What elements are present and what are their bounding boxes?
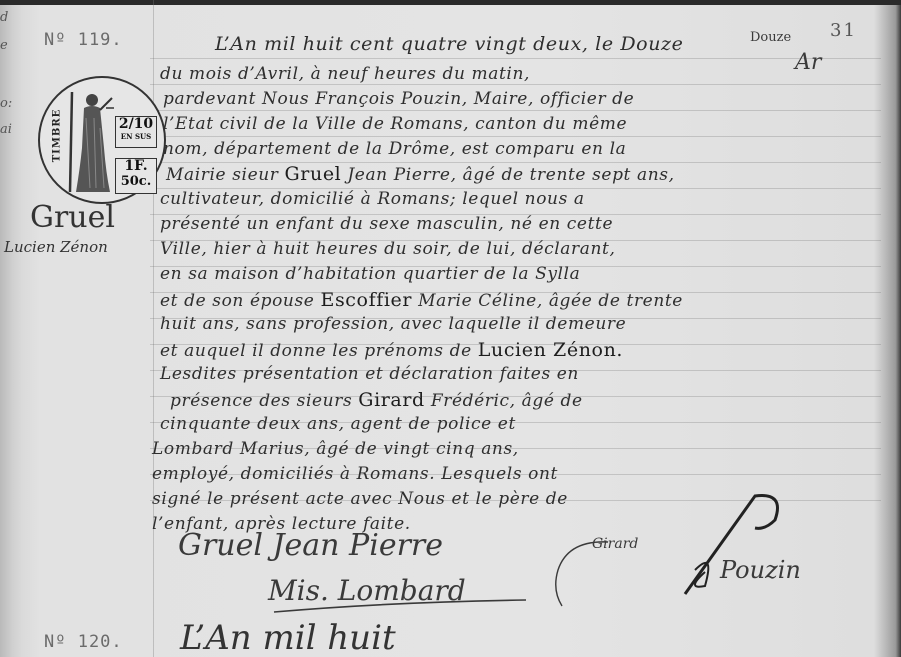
body-line-11-start: et de son épouse xyxy=(160,291,314,311)
body-line-7: cultivateur, domicilié à Romans; lequel … xyxy=(160,189,585,209)
body-line-16: cinquante deux ans, agent de police et xyxy=(160,414,516,434)
body-line-6: Mairie sieur Gruel Jean Pierre, âgé de t… xyxy=(166,163,675,185)
ruled-line xyxy=(150,84,881,85)
witness1-given: Frédéric xyxy=(431,391,510,411)
left-edge-fragment: d xyxy=(0,10,8,25)
entry-number: Nº 119. xyxy=(44,30,123,50)
stamp-word: TIMBRE xyxy=(51,109,62,163)
witness1-age: , âgé de xyxy=(510,391,583,411)
stamp-lower-sub: 50c. xyxy=(116,174,156,189)
stamp-upper-sub: EN SUS xyxy=(116,132,156,141)
stamp-upper-value: 2/10 xyxy=(116,117,156,132)
margin-rule xyxy=(153,0,154,657)
father-age: , âgé de trente sept ans, xyxy=(451,165,675,185)
stamp-value-box: 1F. 50c. xyxy=(115,158,157,194)
lombard-underline-icon xyxy=(270,598,530,618)
body-line-5: nom, département de la Drôme, est compar… xyxy=(163,139,626,159)
ruled-line xyxy=(150,136,881,137)
mother-age: , âgée de trente xyxy=(537,291,683,311)
approval-mark: Ar xyxy=(795,50,821,75)
body-line-11: et de son épouse Escoffier Marie Céline,… xyxy=(160,289,683,311)
body-line-15: présence des sieurs Girard Frédéric, âgé… xyxy=(170,389,583,411)
body-line-13: et auquel il donne les prénoms de Lucien… xyxy=(160,339,623,361)
mother-surname: Escoffier xyxy=(320,289,412,311)
margin-given-names: Lucien Zénon xyxy=(4,238,108,256)
left-edge-fragment: ai xyxy=(0,122,12,137)
mother-given-names: Marie Céline xyxy=(418,291,537,311)
body-line-14: Lesdites présentation et déclaration fai… xyxy=(160,364,579,384)
left-edge-fragment: e xyxy=(0,38,8,53)
fiscal-stamp: TIMBRE 2/10 EN SUS 1F. 50c. xyxy=(38,76,166,204)
body-line-10: en sa maison d’habitation quartier de la… xyxy=(160,264,580,284)
girard-flourish-icon xyxy=(548,540,618,610)
signature-mayor: Pouzin xyxy=(720,556,801,584)
ruled-line xyxy=(150,110,881,111)
left-edge-fragment: o: xyxy=(0,96,12,111)
father-given-names: Jean Pierre xyxy=(347,165,450,185)
signature-father: Gruel Jean Pierre xyxy=(178,528,443,563)
body-line-6-start: Mairie sieur xyxy=(166,165,279,185)
stamp-surcharge-box: 2/10 EN SUS xyxy=(115,116,157,148)
body-line-12: huit ans, sans profession, avec laquelle… xyxy=(160,314,626,334)
ruled-line xyxy=(150,58,881,59)
body-line-1: L’An mil huit cent quatre vingt deux, le… xyxy=(215,33,684,55)
page-number: 31 xyxy=(830,20,857,41)
body-line-13-start: et auquel il donne les prénoms de xyxy=(160,341,472,361)
inserted-word: Douze xyxy=(750,30,791,45)
body-line-15-start: présence des sieurs xyxy=(170,391,352,411)
stamp-lower-value: 1F. xyxy=(116,159,156,174)
child-given-names: Lucien Zénon. xyxy=(478,339,623,361)
scan-top-edge xyxy=(0,0,901,5)
body-line-17: Lombard Marius, âgé de vingt cinq ans, xyxy=(152,439,519,459)
body-line-8: présenté un enfant du sexe masculin, né … xyxy=(160,214,613,234)
father-surname: Gruel xyxy=(285,163,342,185)
body-line-18: employé, domiciliés à Romans. Lesquels o… xyxy=(152,464,558,484)
justice-figure-icon xyxy=(66,88,114,194)
next-entry-start: L’An mil huit xyxy=(180,618,396,657)
body-line-4: l’Etat civil de la Ville de Romans, cant… xyxy=(163,114,627,134)
witness1-surname: Girard xyxy=(358,389,425,411)
body-line-3: pardevant Nous François Pouzin, Maire, o… xyxy=(163,89,634,109)
body-line-9: Ville, hier à huit heures du soir, de lu… xyxy=(160,239,615,259)
body-line-2: du mois d’Avril, à neuf heures du matin, xyxy=(160,64,530,84)
margin-surname: Gruel xyxy=(30,200,115,235)
next-entry-number: Nº 120. xyxy=(44,632,123,652)
body-line-19: signé le présent acte avec Nous et le pè… xyxy=(152,489,568,509)
register-page: d e o: ai Nº 119. 31 TIMBRE 2/10 EN SUS … xyxy=(0,0,901,657)
